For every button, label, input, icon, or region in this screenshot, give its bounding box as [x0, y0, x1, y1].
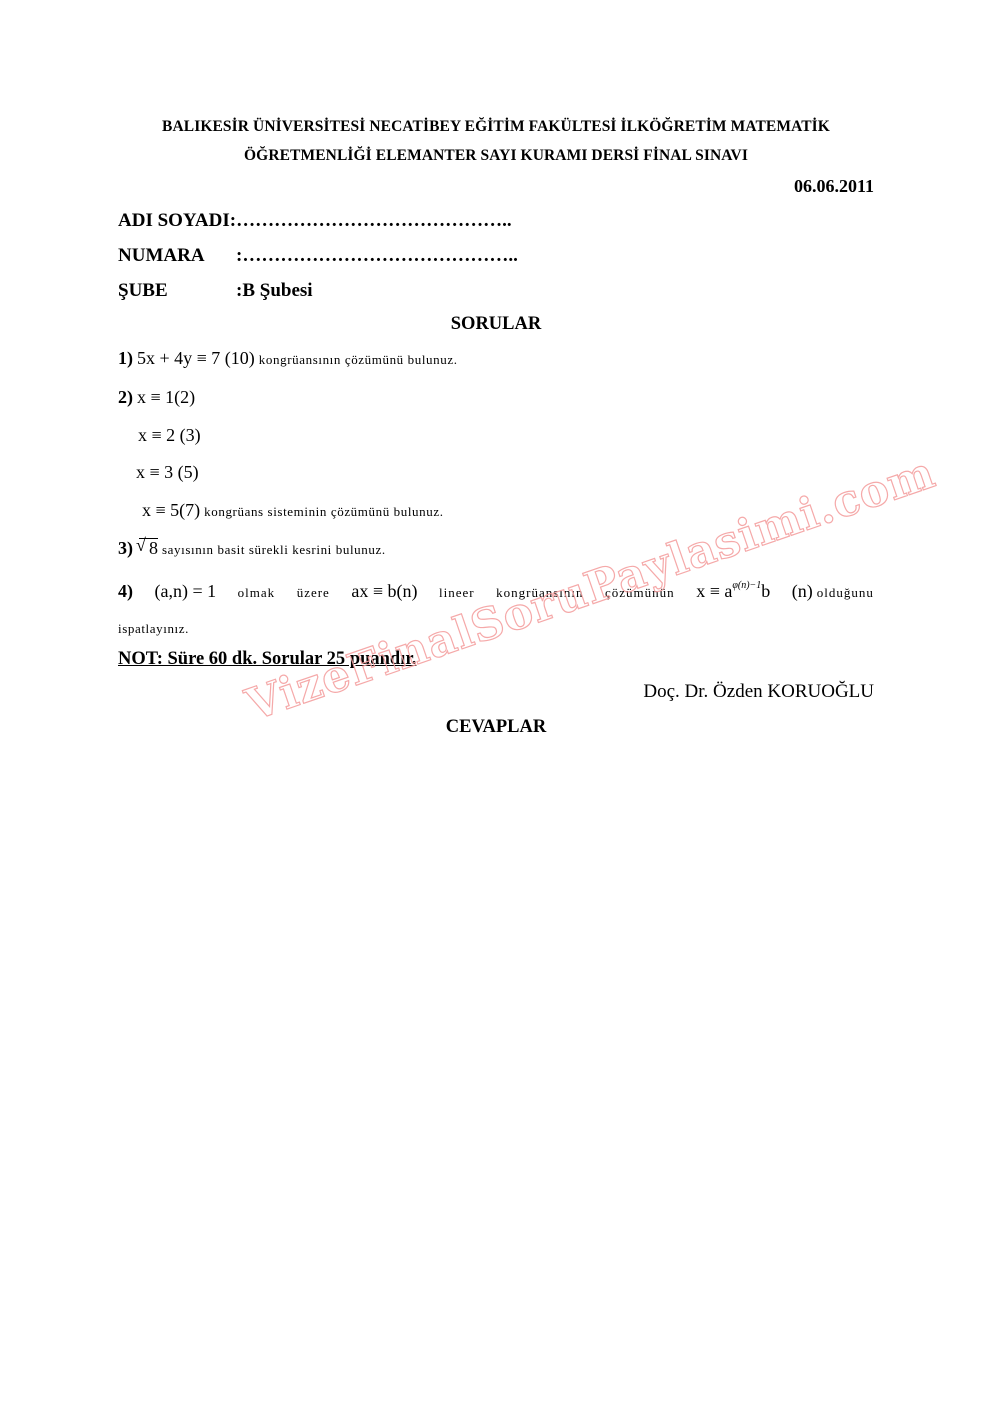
question-3: 3) 8 sayısının basit sürekli kesrini bul…	[118, 538, 386, 559]
question-number: 1)	[118, 348, 133, 368]
branch-field: ŞUBE:B Şubesi	[118, 280, 313, 302]
university-header-line-1: BALIKESİR ÜNİVERSİTESİ NECATİBEY EĞİTİM …	[0, 118, 992, 136]
question-2-text: kongrüans sisteminin çözümünü bulunuz.	[204, 504, 443, 519]
name-blank: ……………………………………..	[236, 210, 512, 232]
gcd-condition: (a,n) = 1	[155, 581, 217, 602]
number-blank: :……………………………………..	[236, 245, 518, 267]
word: çözümünün	[605, 585, 675, 601]
congruence-line-1: x ≡ 1(2)	[137, 387, 195, 407]
student-name-field: ADI SOYADI:……………………………………..	[118, 210, 512, 232]
question-1: 1) 5x + 4y ≡ 7 (10) kongrüansının çözümü…	[118, 348, 458, 369]
word: kongrüansının	[496, 585, 583, 601]
questions-heading: SORULAR	[0, 314, 992, 335]
question-1-text: kongrüansının çözümünü bulunuz.	[259, 352, 458, 367]
question-1-expression: 5x + 4y ≡ 7 (10)	[137, 348, 255, 368]
solution-formula: x ≡ aφ(n)−1b	[696, 580, 770, 602]
branch-value: :B Şubesi	[236, 280, 313, 302]
word: olduğunu	[817, 585, 874, 600]
square-root-expression: 8	[139, 538, 158, 557]
solution-base: x ≡ a	[696, 581, 732, 601]
answers-heading: CEVAPLAR	[0, 717, 992, 738]
question-2: 2) x ≡ 1(2)	[118, 387, 195, 408]
student-number-field: NUMARA:……………………………………..	[118, 245, 518, 267]
congruence-line-2: x ≡ 2 (3)	[138, 425, 201, 446]
congruence-line-4: x ≡ 5(7)	[142, 500, 200, 520]
instructor-signature: Doç. Dr. Özden KORUOĞLU	[643, 681, 874, 703]
word: olmak	[238, 585, 276, 601]
word: lineer	[439, 585, 475, 601]
modulus-and-word: (n) olduğunu	[792, 581, 874, 602]
question-number: 4)	[118, 581, 133, 602]
question-4: 4) (a,n) = 1 olmak üzere ax ≡ b(n) linee…	[118, 580, 874, 602]
question-4-continuation: ispatlayınız.	[118, 621, 189, 637]
question-number: 2)	[118, 387, 133, 407]
exam-date: 06.06.2011	[794, 176, 874, 197]
question-3-text: sayısının basit sürekli kesrini bulunuz.	[162, 542, 386, 557]
exam-page: BALIKESİR ÜNİVERSİTESİ NECATİBEY EĞİTİM …	[0, 0, 992, 1403]
question-number: 3)	[118, 538, 133, 558]
congruence-line-4-row: x ≡ 5(7) kongrüans sisteminin çözümünü b…	[142, 500, 444, 521]
name-label: ADI SOYADI:	[118, 210, 236, 232]
linear-congruence: ax ≡ b(n)	[351, 581, 417, 602]
modulus: (n)	[792, 581, 813, 601]
word: üzere	[297, 585, 330, 601]
congruence-line-3: x ≡ 3 (5)	[136, 462, 199, 483]
solution-tail: b	[761, 581, 770, 601]
branch-label: ŞUBE	[118, 280, 236, 302]
university-header-line-2: ÖĞRETMENLİĞİ ELEMANTER SAYI KURAMI DERSİ…	[0, 147, 992, 165]
number-label: NUMARA	[118, 245, 236, 267]
euler-phi-exponent: φ(n)−1	[732, 580, 761, 591]
exam-note: NOT: Süre 60 dk. Sorular 25 puandır.	[118, 649, 416, 670]
